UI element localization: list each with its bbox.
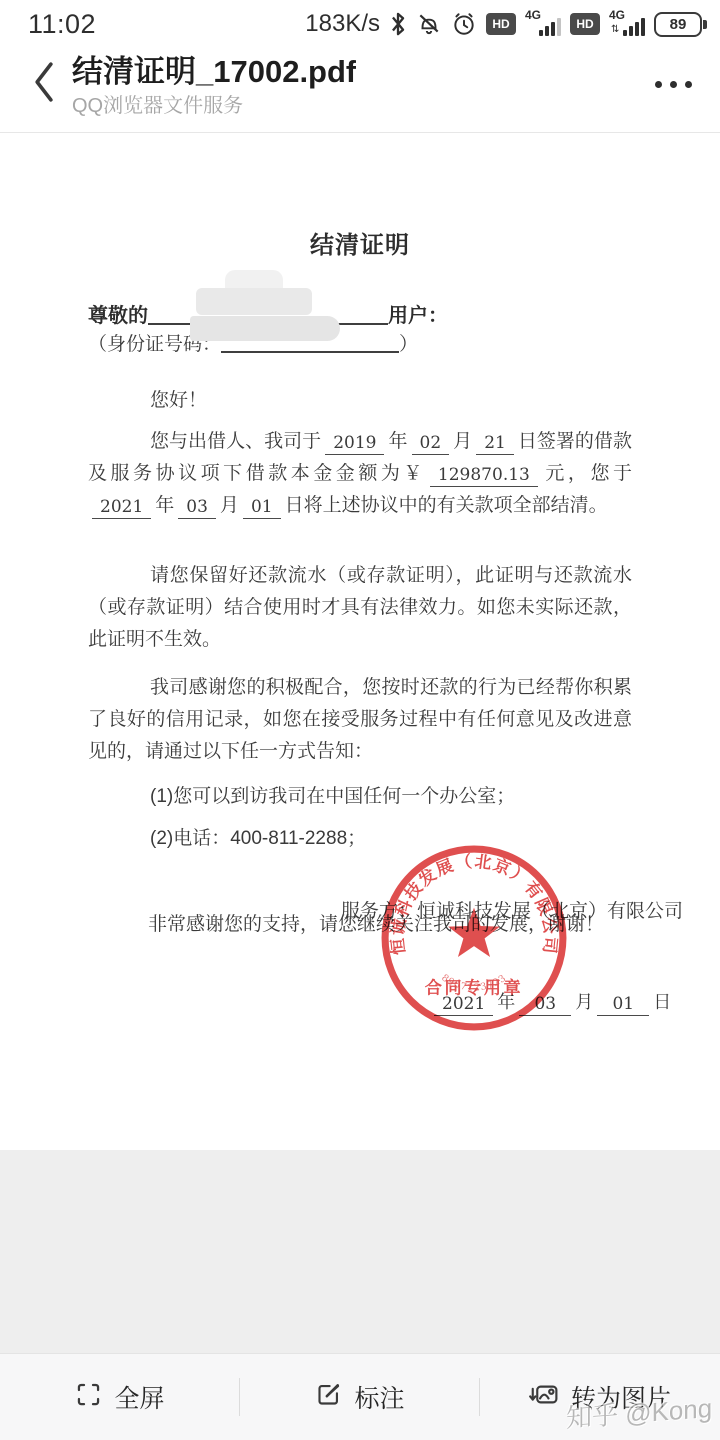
battery-icon: 89 xyxy=(654,12,702,37)
date-day-value: 01 xyxy=(597,993,649,1016)
document-title: 结清证明 xyxy=(88,133,632,260)
id-redaction-blob xyxy=(190,316,340,341)
name-redaction-blob xyxy=(196,288,312,315)
feedback-paragraph: 我司感谢您的积极配合，您按时还款的行为已经帮你积累了良好的信用记录，如您在接受服… xyxy=(88,672,632,768)
sign-day-value: 21 xyxy=(476,432,514,455)
status-bar: 11:02 183K/s HD 4G HD 4G ⇅ 89 xyxy=(0,0,720,48)
volte-hd-badge-2: HD xyxy=(570,13,600,35)
convert-to-image-button[interactable]: 转为图片 xyxy=(480,1354,720,1440)
sign-month-value: 02 xyxy=(412,432,450,455)
pdf-page: 结清证明 尊敬的用户： （身份证号码：） 您好！ 您与出借人、我司于2019年0… xyxy=(0,133,720,1150)
fullscreen-icon xyxy=(75,1381,102,1413)
id-blank-underline xyxy=(221,351,399,353)
toolbar-divider xyxy=(479,1378,480,1416)
file-source-subtitle: QQ浏览器文件服务 xyxy=(72,93,356,119)
toolbar-divider xyxy=(239,1378,240,1416)
greeting-line: 您好！ xyxy=(88,386,632,416)
id-number-line: （身份证号码：） xyxy=(88,330,632,360)
alarm-icon xyxy=(451,11,477,37)
more-dots-icon xyxy=(670,81,677,88)
clock: 11:02 xyxy=(28,9,96,40)
annotate-pen-icon xyxy=(315,1381,342,1413)
fullscreen-button[interactable]: 全屏 xyxy=(0,1354,240,1440)
bluetooth-icon xyxy=(389,11,407,37)
sign-year-value: 2019 xyxy=(325,432,384,455)
network-speed: 183K/s xyxy=(305,10,380,38)
retain-records-paragraph: 请您保留好还款流水（或存款证明），此证明与还款流水（或存款证明）结合使用时才具有… xyxy=(88,560,632,656)
app-header: 结清证明_17002.pdf QQ浏览器文件服务 xyxy=(0,48,720,133)
back-button[interactable] xyxy=(16,52,72,116)
signal-bars-sim1: 4G xyxy=(525,10,561,38)
file-title: 结清证明_17002.pdf xyxy=(72,52,356,92)
volte-hd-badge-1: HD xyxy=(486,13,516,35)
mute-bell-icon xyxy=(416,11,442,37)
convert-image-icon xyxy=(529,1381,559,1413)
salutation-line: 尊敬的用户： xyxy=(88,302,632,330)
more-dots-icon xyxy=(685,81,692,88)
company-seal-stamp: 恒诚科技发展（北京）有限公司 合同专用章 8907123723 xyxy=(378,842,570,1034)
loan-paragraph: 您与出借人、我司于2019年02月21日签署的借款及服务协议项下借款本金金额为￥… xyxy=(88,426,632,522)
viewer-background xyxy=(0,1150,720,1353)
contact-option-1: (1)您可以到访我司在中国任何一个办公室； xyxy=(150,782,632,812)
signal-bars-sim2: 4G ⇅ xyxy=(609,10,645,38)
settle-year-value: 2021 xyxy=(92,496,151,519)
more-menu-button[interactable] xyxy=(647,52,700,116)
settle-month-value: 03 xyxy=(178,496,216,519)
seal-star-icon xyxy=(448,908,500,957)
phone-screen: 11:02 183K/s HD 4G HD 4G ⇅ 89 xyxy=(0,0,720,1440)
principal-amount-value: 129870.13 xyxy=(430,464,538,487)
bottom-toolbar: 全屏 标注 转为图片 xyxy=(0,1353,720,1440)
annotate-button[interactable]: 标注 xyxy=(240,1354,480,1440)
more-dots-icon xyxy=(655,81,662,88)
settle-day-value: 01 xyxy=(243,496,281,519)
back-chevron-icon xyxy=(30,60,58,109)
